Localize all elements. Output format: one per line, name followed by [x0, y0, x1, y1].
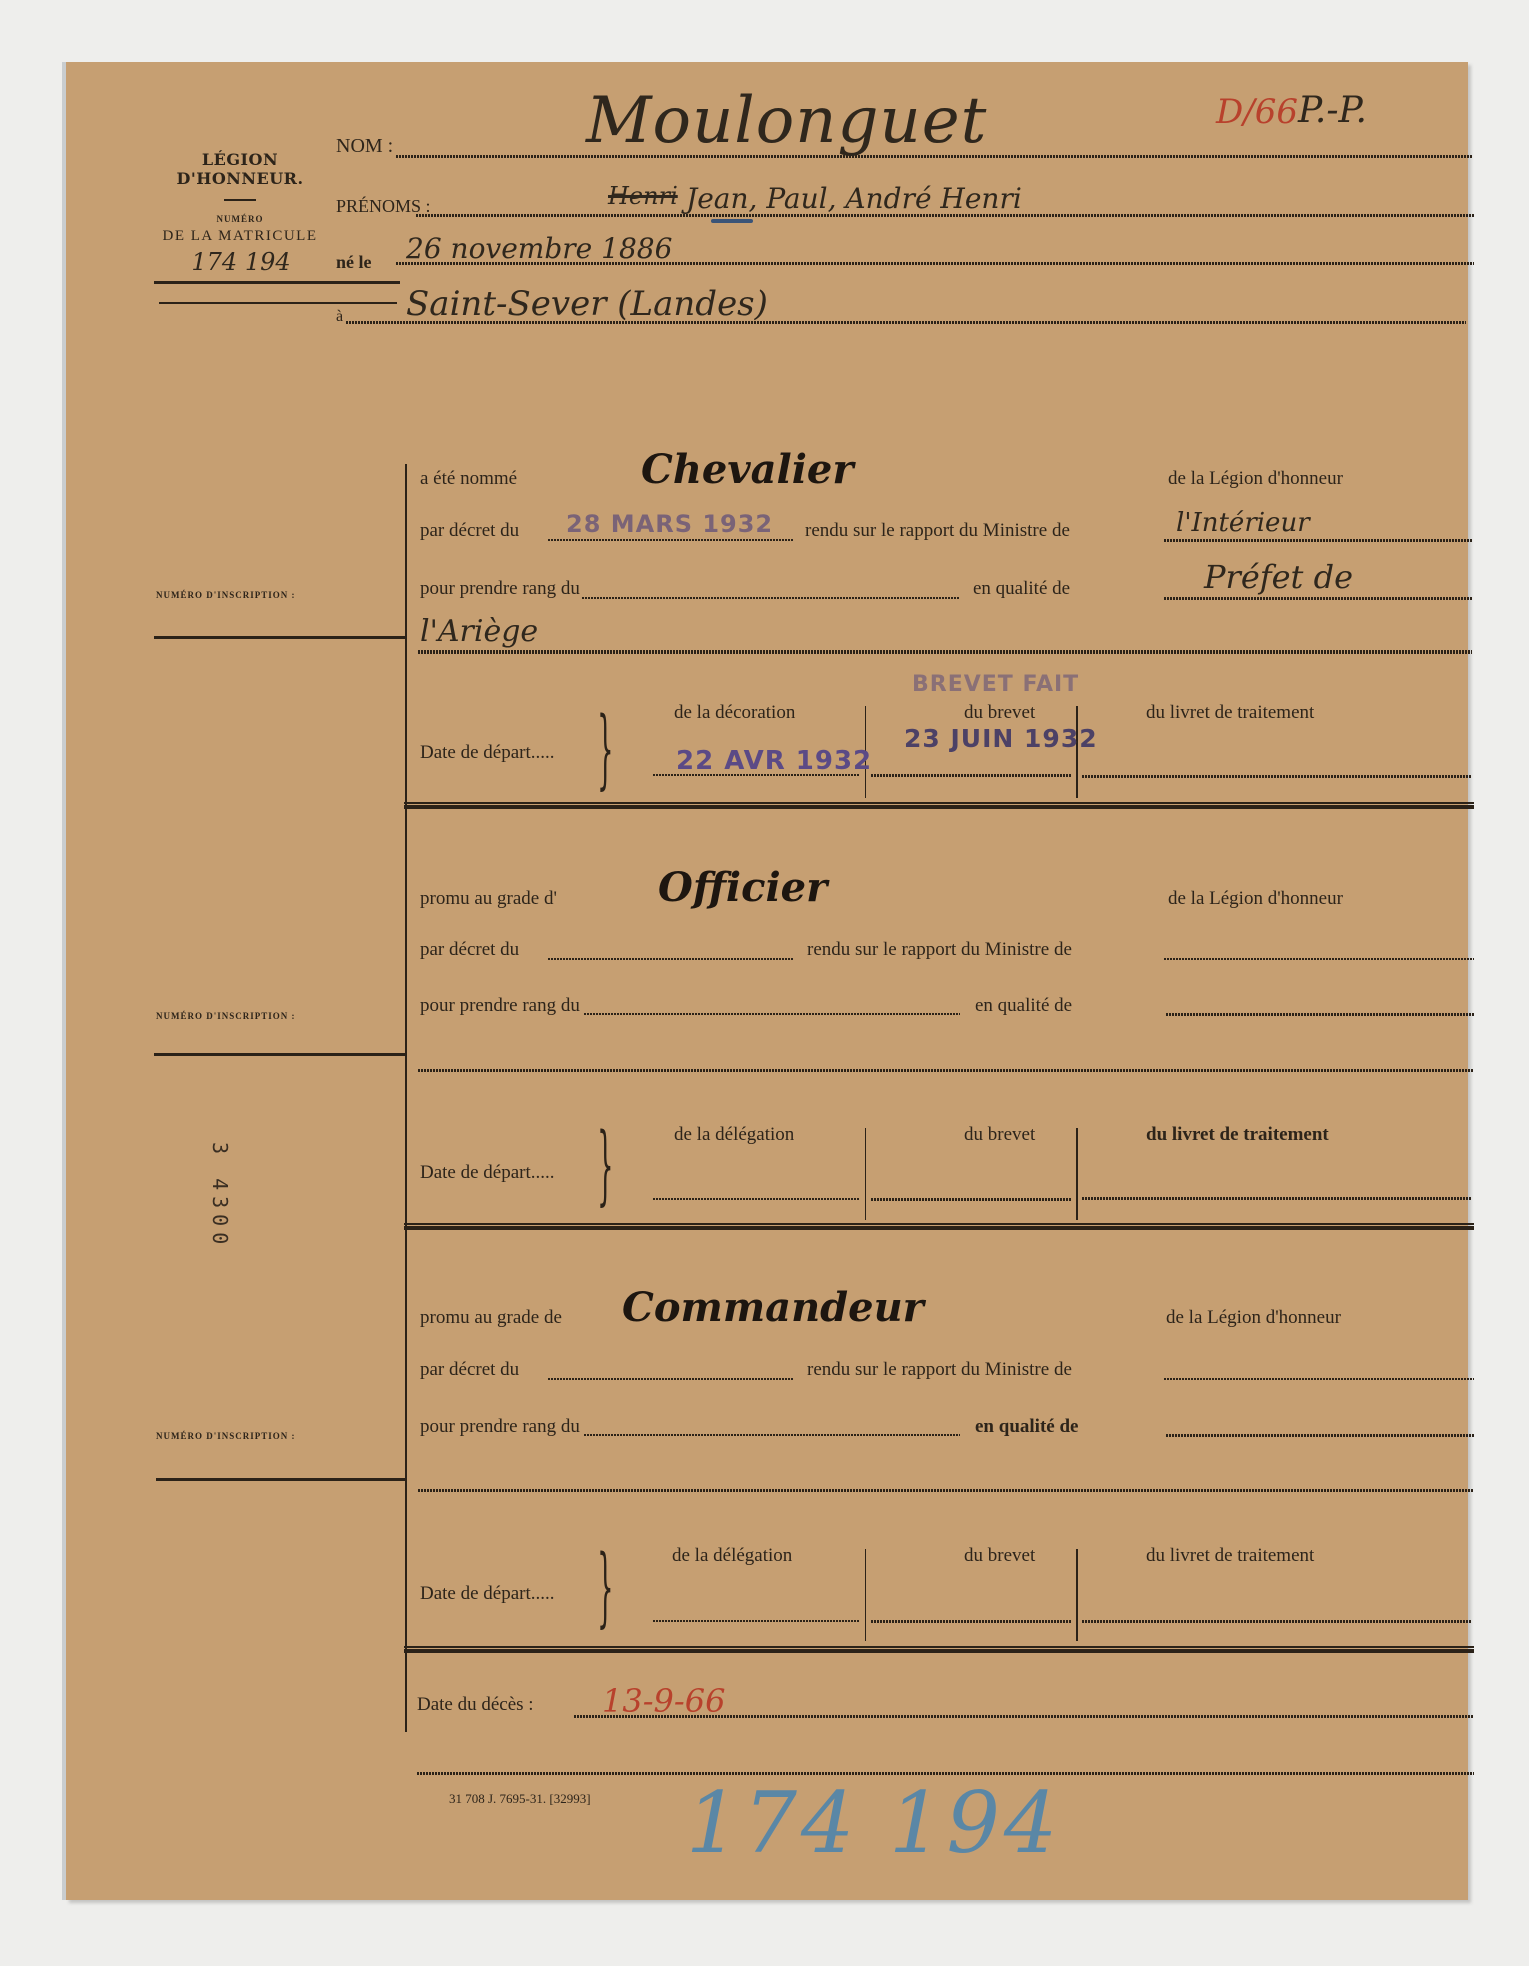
- rang-rule: [582, 597, 959, 599]
- col-livret-label: du livret de traitement: [1146, 1545, 1314, 1567]
- qualite-label: en qualité de: [975, 1416, 1078, 1438]
- livret-rule: [1082, 775, 1472, 778]
- qualite-cont-rule: [418, 650, 1472, 654]
- intro-label: a été nommé: [420, 468, 517, 490]
- decret-rule: [548, 539, 794, 541]
- title-divider: [224, 199, 256, 201]
- date-depart-label: Date de départ.....: [420, 742, 555, 764]
- rang-label: pour prendre rang du: [420, 578, 580, 600]
- decoration-rule: [653, 774, 859, 776]
- matricule-rule: [154, 281, 400, 284]
- inscription-rule-2: [154, 1053, 406, 1056]
- legion-honneur-record-card: LÉGION D'HONNEUR. NUMÉRO DE LA MATRICULE…: [66, 62, 1468, 1900]
- left-header: LÉGION D'HONNEUR. NUMÉRO DE LA MATRICULE: [140, 150, 340, 245]
- deces-value: 13-9-66: [602, 1682, 725, 1720]
- qualite-rule: [1166, 1434, 1474, 1437]
- legion-label: de la Légion d'honneur: [1168, 888, 1343, 910]
- col-brevet-label: du brevet: [964, 1124, 1035, 1146]
- col-divider-2: [1076, 1549, 1078, 1641]
- ministre-rule: [1164, 958, 1474, 960]
- brevet-rule: [871, 774, 1071, 777]
- brevet-rule: [871, 1198, 1071, 1201]
- col-brevet-label: du brevet: [964, 702, 1035, 724]
- grade-title: Commandeur: [622, 1284, 924, 1331]
- col-divider-2: [1076, 1128, 1078, 1220]
- nom-value: Moulonguet: [586, 84, 987, 158]
- qualite-label: en qualité de: [975, 995, 1072, 1017]
- qualite-rule: [1164, 597, 1472, 600]
- ne-le-label: né le: [336, 252, 372, 273]
- deces-label: Date du décès :: [417, 1694, 534, 1716]
- qualite-rule: [1166, 1013, 1474, 1016]
- date-brevet-stamp: 23 JUIN 1932: [904, 724, 1098, 753]
- date-depart-label: Date de départ.....: [420, 1583, 555, 1605]
- qualite-label: en qualité de: [973, 578, 1070, 600]
- grade-title: Chevalier: [641, 446, 853, 493]
- qualite-cont-rule: [418, 1489, 1474, 1492]
- matricule-label-2: DE LA MATRICULE: [140, 228, 340, 245]
- section-separator: [404, 1646, 1474, 1653]
- par-decret-label: par décret du: [420, 520, 519, 542]
- livret-rule: [1082, 1620, 1472, 1623]
- prenoms-value: Jean, Paul, André Henri: [686, 182, 1022, 215]
- nom-label: NOM :: [336, 135, 393, 158]
- grade-title: Officier: [658, 864, 827, 911]
- rendu-label: rendu sur le rapport du Ministre de: [807, 939, 1072, 961]
- matricule-label-1: NUMÉRO: [140, 214, 340, 224]
- col-livret-label: du livret de traitement: [1146, 702, 1314, 724]
- date-depart-brace: }: [597, 1544, 613, 1630]
- intro-label: promu au grade d': [420, 888, 557, 910]
- inscription-label-3: NUMÉRO D'INSCRIPTION :: [156, 1431, 346, 1441]
- red-annotation: D/66: [1216, 92, 1298, 132]
- decret-stamp: 28 MARS 1932: [566, 510, 773, 538]
- matricule-value: 174 194: [171, 248, 311, 276]
- delegation-rule: [653, 1620, 859, 1622]
- col-brevet-label: du brevet: [964, 1545, 1035, 1567]
- par-decret-label: par décret du: [420, 1359, 519, 1381]
- livret-rule: [1082, 1197, 1472, 1200]
- brevet-rule: [871, 1620, 1071, 1623]
- ministre-value: l'Intérieur: [1176, 508, 1310, 538]
- legion-title: LÉGION D'HONNEUR.: [140, 150, 340, 188]
- qualite-cont-rule: [418, 1069, 1474, 1072]
- prenoms-struck: Henri: [608, 182, 678, 210]
- brevet-fait-stamp: BREVET FAIT: [912, 672, 1079, 697]
- inscription-label-2: NUMÉRO D'INSCRIPTION :: [156, 1011, 346, 1021]
- date-depart-brace: }: [597, 1122, 613, 1208]
- inscription-rule-3: [156, 1478, 406, 1481]
- delegation-rule: [653, 1198, 859, 1200]
- rang-rule: [584, 1013, 960, 1015]
- inscription-rule-1: [154, 636, 406, 639]
- rendu-label: rendu sur le rapport du Ministre de: [805, 520, 1070, 542]
- par-decret-label: par décret du: [420, 939, 519, 961]
- ministre-rule: [1164, 539, 1472, 542]
- inscription-label-1: NUMÉRO D'INSCRIPTION :: [156, 590, 346, 600]
- col-livret-label: du livret de traitement: [1146, 1124, 1329, 1146]
- date-decoration-stamp: 22 AVR 1932: [676, 746, 872, 776]
- col-decoration-label: de la décoration: [674, 702, 795, 724]
- matricule-rule-2: [159, 302, 397, 304]
- vertical-stamp: 3 4300: [208, 1142, 232, 1250]
- col-delegation-label: de la délégation: [674, 1124, 794, 1146]
- rendu-label: rendu sur le rapport du Ministre de: [807, 1359, 1072, 1381]
- print-reference: 31 708 J. 7695-31. [32993]: [449, 1791, 591, 1807]
- col-divider-1: [865, 1128, 866, 1220]
- section-separator: [404, 802, 1474, 809]
- qualite-value: Préfet de: [1204, 558, 1353, 596]
- left-bracket-line: [405, 464, 407, 1732]
- ministre-rule: [1164, 1378, 1474, 1380]
- a-value: Saint-Sever (Landes): [406, 284, 768, 324]
- col-divider-1: [865, 1549, 866, 1641]
- decret-rule: [548, 1378, 794, 1380]
- date-depart-brace: }: [597, 706, 613, 792]
- intro-label: promu au grade de: [420, 1307, 562, 1329]
- date-depart-label: Date de départ.....: [420, 1162, 555, 1184]
- ink-annotation: P.-P.: [1298, 90, 1367, 131]
- legion-label: de la Légion d'honneur: [1168, 468, 1343, 490]
- qualite-cont-value: l'Ariège: [420, 614, 538, 649]
- rang-label: pour prendre rang du: [420, 995, 580, 1017]
- decret-rule: [548, 958, 794, 960]
- matricule-blue-pencil: 174 194: [686, 1774, 1061, 1872]
- legion-label: de la Légion d'honneur: [1166, 1307, 1341, 1329]
- a-label: à: [336, 308, 343, 326]
- rang-rule: [584, 1434, 960, 1436]
- blue-underline-mark: [711, 219, 753, 223]
- section-separator: [404, 1223, 1474, 1230]
- rang-label: pour prendre rang du: [420, 1416, 580, 1438]
- ne-le-value: 26 novembre 1886: [406, 232, 672, 265]
- col-delegation-label: de la délégation: [672, 1545, 792, 1567]
